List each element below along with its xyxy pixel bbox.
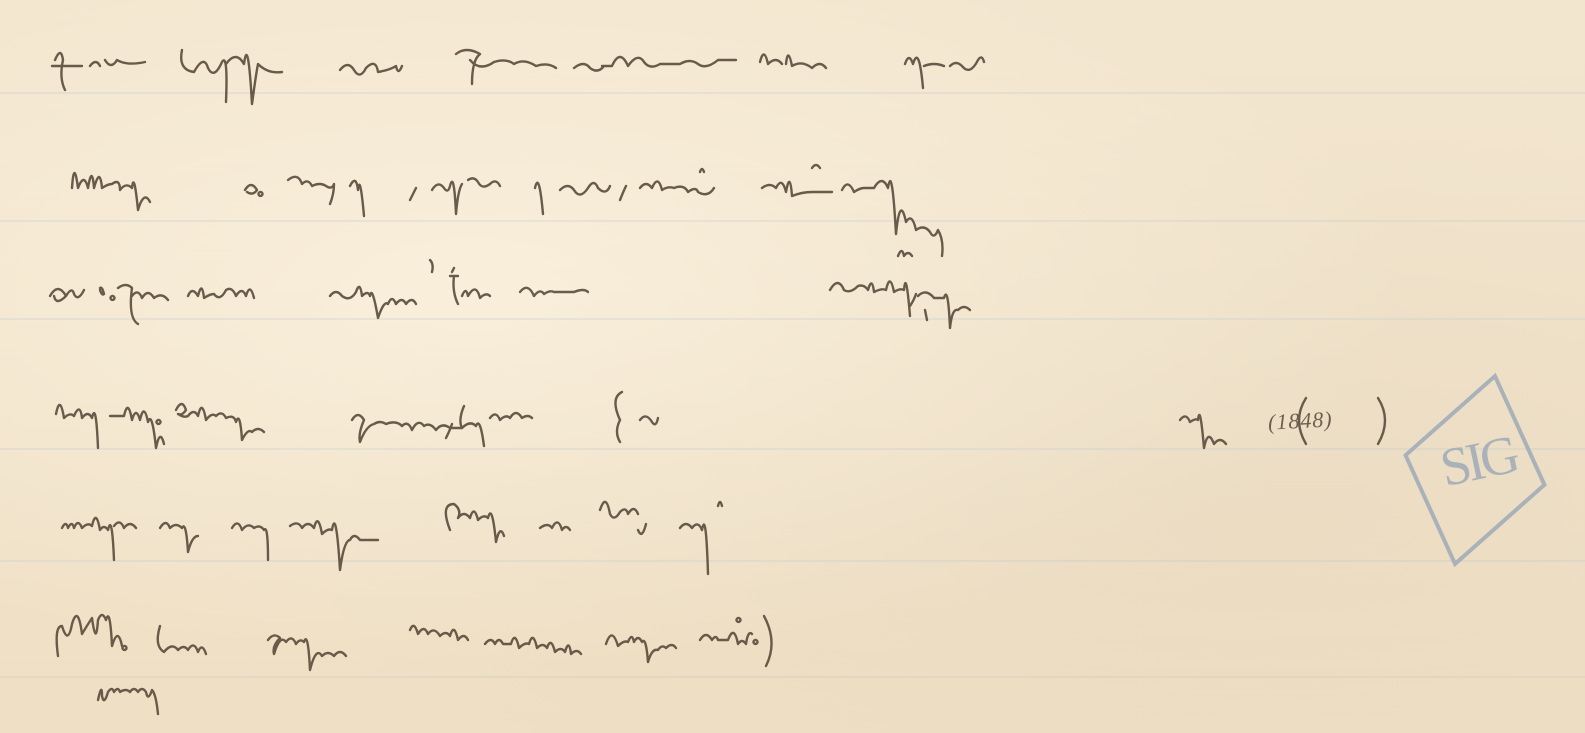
handwritten-margin-word (98, 689, 158, 714)
handwritten-line-3 (50, 251, 970, 328)
manuscript-page: (1848) SIG (0, 0, 1585, 733)
handwritten-line-2 (72, 165, 943, 256)
handwritten-line-4 (56, 392, 1385, 448)
handwritten-line-5 (62, 502, 722, 574)
handwritten-line-1 (52, 50, 984, 104)
handwriting-strokes (0, 0, 1585, 733)
year-annotation: (1848) (1267, 406, 1333, 435)
handwritten-line-6 (57, 615, 772, 670)
